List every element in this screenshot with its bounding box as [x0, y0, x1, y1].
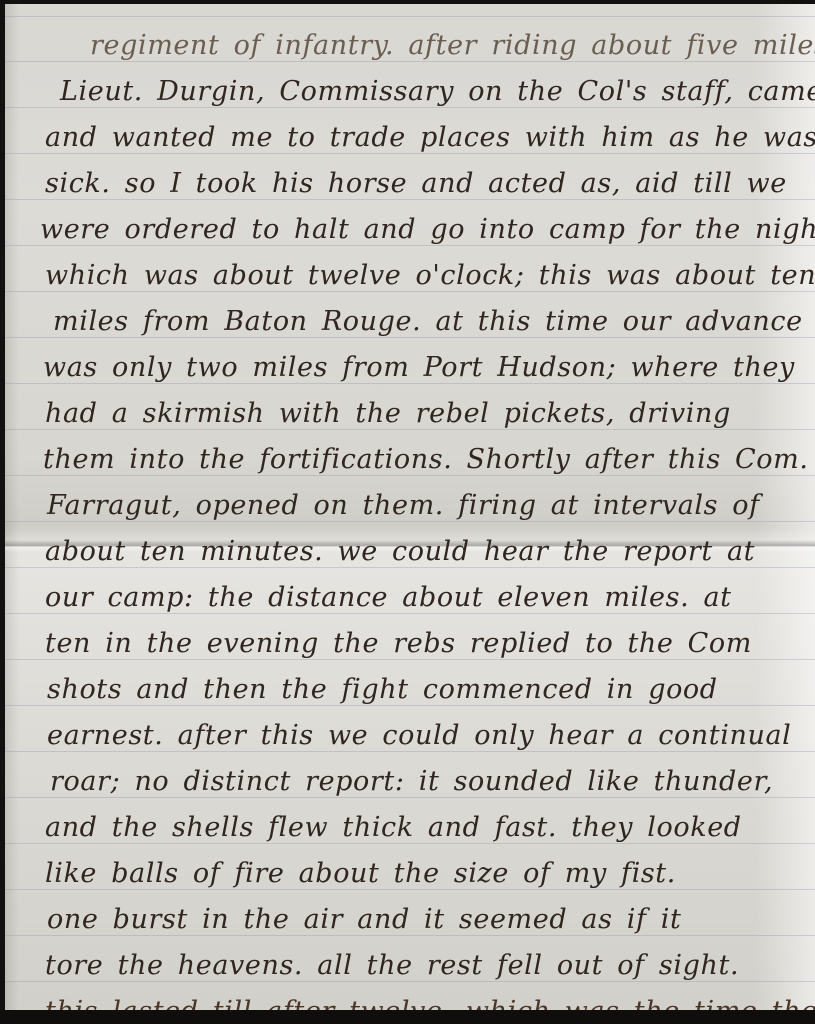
handwritten-line-22: this lasted till after twelve. which was… [45, 998, 815, 1010]
handwritten-line-13: our camp: the distance about eleven mile… [45, 584, 732, 611]
handwritten-line-10: them into the fortifications. Shortly af… [43, 446, 809, 473]
handwritten-line-11: Farragut, opened on them. firing at inte… [47, 492, 760, 519]
handwritten-line-5: were ordered to halt and go into camp fo… [40, 216, 815, 243]
handwritten-line-15: shots and then the fight commenced in go… [47, 676, 718, 703]
ruled-line [5, 429, 815, 430]
handwritten-line-1: regiment of infantry. after riding about… [90, 32, 815, 59]
handwritten-line-4: sick. so I took his horse and acted as, … [45, 170, 787, 197]
handwritten-line-18: and the shells flew thick and fast. they… [45, 814, 742, 841]
handwritten-line-19: like balls of fire about the size of my … [45, 860, 676, 887]
handwritten-line-6: which was about twelve o'clock; this was… [45, 262, 815, 289]
handwritten-line-16: earnest. after this we could only hear a… [47, 722, 791, 749]
handwritten-line-14: ten in the evening the rebs replied to t… [45, 630, 752, 657]
ruled-line [5, 61, 815, 62]
handwritten-line-12: about ten minutes. we could hear the rep… [45, 538, 755, 565]
ruled-line [5, 107, 815, 108]
ruled-line [5, 383, 815, 384]
handwritten-line-20: one burst in the air and it seemed as if… [47, 906, 681, 933]
handwritten-line-21: tore the heavens. all the rest fell out … [45, 952, 739, 979]
ruled-line [5, 567, 815, 568]
ruled-line [5, 705, 815, 706]
ruled-line [5, 613, 815, 614]
ruled-line [5, 797, 815, 798]
ruled-line [5, 889, 815, 890]
ruled-line [5, 245, 815, 246]
ruled-line [5, 199, 815, 200]
letter-paper: regiment of infantry. after riding about… [5, 4, 815, 1010]
handwritten-line-7: miles from Baton Rouge. at this time our… [53, 308, 803, 335]
ruled-line [5, 16, 815, 17]
ruled-line [5, 291, 815, 292]
handwritten-line-17: roar; no distinct report: it sounded lik… [50, 768, 773, 795]
ruled-line [5, 659, 815, 660]
ruled-line [5, 337, 815, 338]
handwritten-line-3: and wanted me to trade places with him a… [45, 124, 815, 151]
ruled-line [5, 475, 815, 476]
handwritten-line-9: had a skirmish with the rebel pickets, d… [45, 400, 731, 427]
ruled-line [5, 843, 815, 844]
handwritten-line-8: was only two miles from Port Hudson; whe… [43, 354, 795, 381]
scanned-letter: regiment of infantry. after riding about… [0, 0, 815, 1024]
handwritten-line-2: Lieut. Durgin, Commissary on the Col's s… [60, 78, 815, 105]
ruled-line [5, 935, 815, 936]
ruled-line [5, 751, 815, 752]
ruled-line [5, 521, 815, 522]
scan-border-bottom [0, 1010, 815, 1024]
ruled-line [5, 153, 815, 154]
ruled-line [5, 981, 815, 982]
